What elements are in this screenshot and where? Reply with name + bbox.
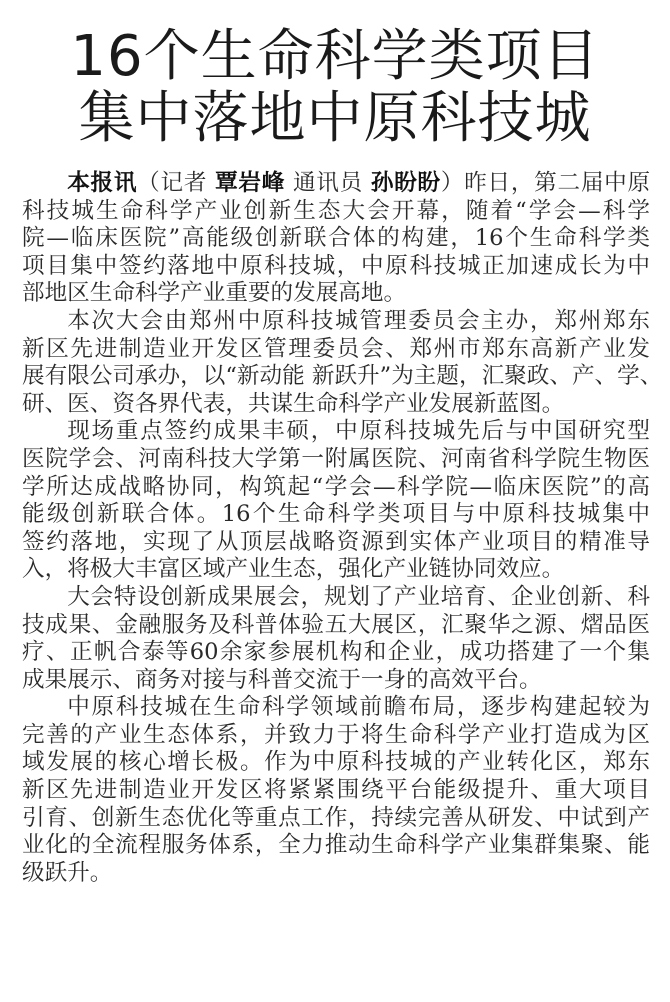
body-line: 学所达成战略协同，构筑起“学会—科学院—临床医院”的高: [22, 474, 650, 502]
body-line: 新区先进制造业开发区将紧紧围绕平台能级提升、重大项目: [22, 777, 650, 805]
body-line: 新区先进制造业开发区管理委员会、郑州市郑东高新产业发: [22, 336, 650, 364]
body-line: 引育、创新生态优化等重点工作，持续完善从研发、中试到产: [22, 805, 650, 833]
paragraph-2: 本次大会由郑州中原科技城管理委员会主办，郑州郑东 新区先进制造业开发区管理委员会…: [22, 308, 650, 418]
body-line: 展有限公司承办，以“新动能 新跃升”为主题，汇聚政、产、学、: [22, 363, 650, 391]
body-line: 能级创新联合体。16个生命科学类项目与中原科技城集中: [22, 501, 650, 529]
paragraph-4: 大会特设创新成果展会，规划了产业培育、企业创新、科 技成果、金融服务及科普体验五…: [22, 584, 650, 694]
body-line: 技成果、金融服务及科普体验五大展区，汇聚华之源、熠品医: [22, 612, 650, 640]
headline-line-2: 集中落地中原科技城: [0, 88, 670, 150]
body-line: 业化的全流程服务体系，全力推动生命科学产业集群集聚、能: [22, 832, 650, 860]
body-line: 成果展示、商务对接与科普交流于一身的高效平台。: [22, 667, 650, 695]
body-line: 现场重点签约成果丰硕，中原科技城先后与中国研究型: [22, 418, 650, 446]
body-line: 签约落地，实现了从顶层战略资源到实体产业项目的精准导: [22, 529, 650, 557]
correspondent-name: 孙盼盼: [371, 170, 441, 196]
body-line: 医院学会、河南科技大学第一附属医院、河南省科学院生物医: [22, 446, 650, 474]
body-line: 域发展的核心增长极。作为中原科技城的产业转化区，郑东: [22, 749, 650, 777]
byline-open-paren: （: [137, 170, 160, 196]
byline-close-paren: ）: [441, 170, 464, 196]
body-line: 级跃升。: [22, 860, 650, 888]
reporter-label: 记者: [161, 170, 208, 196]
body-line: 完善的产业生态体系，并致力于将生命科学产业打造成为区: [22, 722, 650, 750]
headline-line-1: 16个生命科学类项目: [0, 26, 670, 88]
dateline: 本报讯: [67, 170, 137, 196]
body-text: 昨日，第二届中原: [464, 170, 650, 196]
body-line: 入，将极大丰富区域产业生态，强化产业链协同效应。: [22, 556, 650, 584]
body-line: 本次大会由郑州中原科技城管理委员会主办，郑州郑东: [22, 308, 650, 336]
body-line: 科技城生命科学产业创新生态大会开幕，随着“学会—科学: [22, 198, 650, 226]
body-line: 本报讯（记者 覃岩峰 通讯员 孙盼盼）昨日，第二届中原: [22, 170, 650, 198]
headline: 16个生命科学类项目 集中落地中原科技城: [0, 26, 670, 150]
body-line: 大会特设创新成果展会，规划了产业培育、企业创新、科: [22, 584, 650, 612]
paragraph-3: 现场重点签约成果丰硕，中原科技城先后与中国研究型 医院学会、河南科技大学第一附属…: [22, 418, 650, 584]
reporter-name: 覃岩峰: [215, 170, 285, 196]
body-line: 部地区生命科学产业重要的发展高地。: [22, 280, 650, 308]
body-line: 中原科技城在生命科学领域前瞻布局，逐步构建起较为: [22, 694, 650, 722]
body-line: 研、医、资各界代表，共谋生命科学产业发展新蓝图。: [22, 391, 650, 419]
paragraph-1: 本报讯（记者 覃岩峰 通讯员 孙盼盼）昨日，第二届中原 科技城生命科学产业创新生…: [22, 170, 650, 308]
body-line: 院—临床医院”高能级创新联合体的构建，16个生命科学类: [22, 225, 650, 253]
paragraph-5: 中原科技城在生命科学领域前瞻布局，逐步构建起较为 完善的产业生态体系，并致力于将…: [22, 694, 650, 887]
correspondent-label: 通讯员: [293, 170, 363, 196]
body-line: 疗、正帆合泰等60余家参展机构和企业，成功搭建了一个集: [22, 639, 650, 667]
article-body: 本报讯（记者 覃岩峰 通讯员 孙盼盼）昨日，第二届中原 科技城生命科学产业创新生…: [22, 170, 650, 887]
body-line: 项目集中签约落地中原科技城，中原科技城正加速成长为中: [22, 253, 650, 281]
